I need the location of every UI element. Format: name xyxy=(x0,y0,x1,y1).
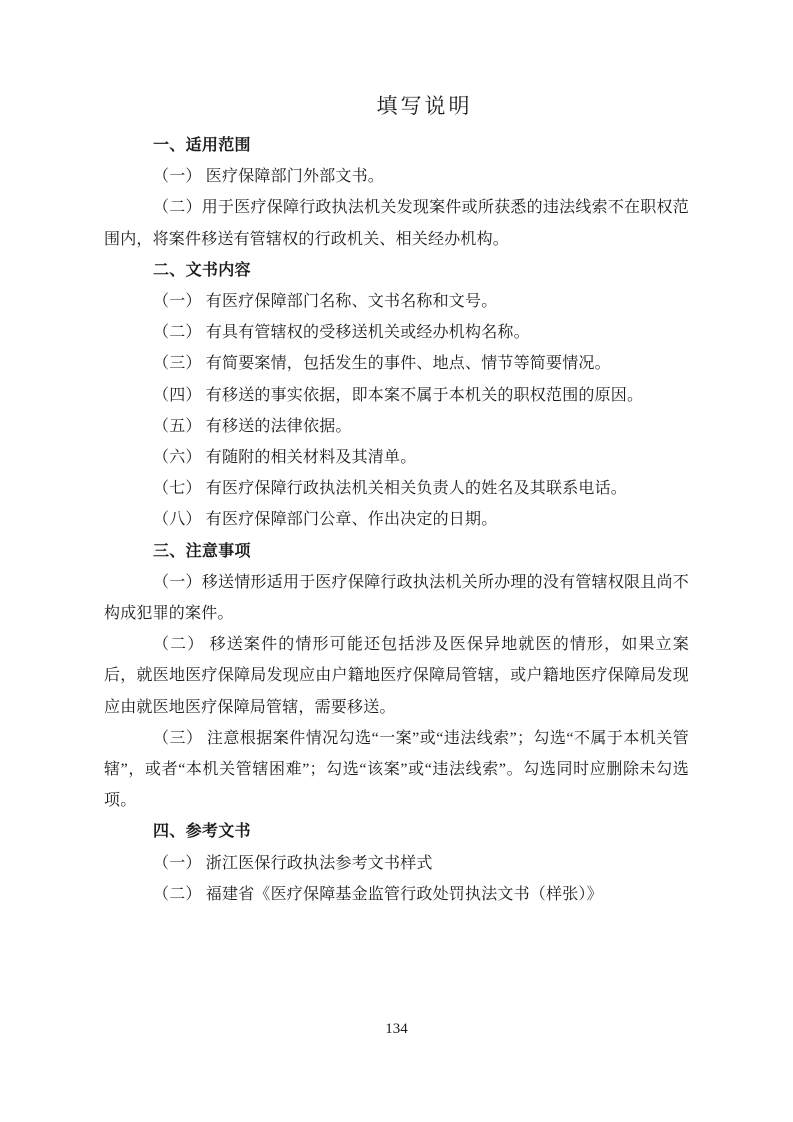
section-3-item-3: （三） 注意根据案件情况勾选“一案”或“违法线索”；勾选“不属于本机关管辖”，或… xyxy=(104,723,689,817)
section-2-item-1: （一） 有医疗保障部门名称、文书名称和文号。 xyxy=(104,286,689,317)
section-1-heading: 一、适用范围 xyxy=(104,130,689,161)
section-2-item-2: （二） 有具有管辖权的受移送机关或经办机构名称。 xyxy=(104,317,689,348)
section-2-heading: 二、文书内容 xyxy=(104,255,689,286)
section-4-item-2: （二） 福建省《医疗保障基金监管行政处罚执法文书（样张）》 xyxy=(104,879,689,910)
document-content: 填写说明 一、适用范围 （一） 医疗保障部门外部文书。 （二）用于医疗保障行政执… xyxy=(104,0,689,910)
section-applicable-scope: 一、适用范围 （一） 医疗保障部门外部文书。 （二）用于医疗保障行政执法机关发现… xyxy=(104,130,689,255)
section-notes: 三、注意事项 （一）移送情形适用于医疗保障行政执法机关所办理的没有管辖权限且尚不… xyxy=(104,536,689,817)
page-title: 填写说明 xyxy=(132,91,717,121)
section-1-item-2: （二）用于医疗保障行政执法机关发现案件或所获悉的违法线索不在职权范围内，将案件移… xyxy=(104,192,689,254)
section-3-item-1: （一）移送情形适用于医疗保障行政执法机关所办理的没有管辖权限且尚不构成犯罪的案件… xyxy=(104,567,689,629)
section-2-item-3: （三） 有简要案情，包括发生的事件、地点、情节等简要情况。 xyxy=(104,348,689,379)
section-4-item-1: （一） 浙江医保行政执法参考文书样式 xyxy=(104,848,689,879)
section-3-item-2: （二） 移送案件的情形可能还包括涉及医保异地就医的情形，如果立案后，就医地医疗保… xyxy=(104,629,689,723)
section-2-item-8: （八） 有医疗保障部门公章、作出决定的日期。 xyxy=(104,504,689,535)
section-document-content: 二、文书内容 （一） 有医疗保障部门名称、文书名称和文号。 （二） 有具有管辖权… xyxy=(104,255,689,536)
section-2-item-7: （七） 有医疗保障行政执法机关相关负责人的姓名及其联系电话。 xyxy=(104,473,689,504)
page-number: 134 xyxy=(0,1021,793,1037)
section-2-item-4: （四） 有移送的事实依据，即本案不属于本机关的职权范围的原因。 xyxy=(104,380,689,411)
section-3-heading: 三、注意事项 xyxy=(104,536,689,567)
section-4-heading: 四、参考文书 xyxy=(104,816,689,847)
section-2-item-5: （五） 有移送的法律依据。 xyxy=(104,411,689,442)
document-page: 填写说明 一、适用范围 （一） 医疗保障部门外部文书。 （二）用于医疗保障行政执… xyxy=(0,0,793,1122)
section-reference-documents: 四、参考文书 （一） 浙江医保行政执法参考文书样式 （二） 福建省《医疗保障基金… xyxy=(104,816,689,910)
section-1-item-1: （一） 医疗保障部门外部文书。 xyxy=(104,161,689,192)
section-2-item-6: （六） 有随附的相关材料及其清单。 xyxy=(104,442,689,473)
